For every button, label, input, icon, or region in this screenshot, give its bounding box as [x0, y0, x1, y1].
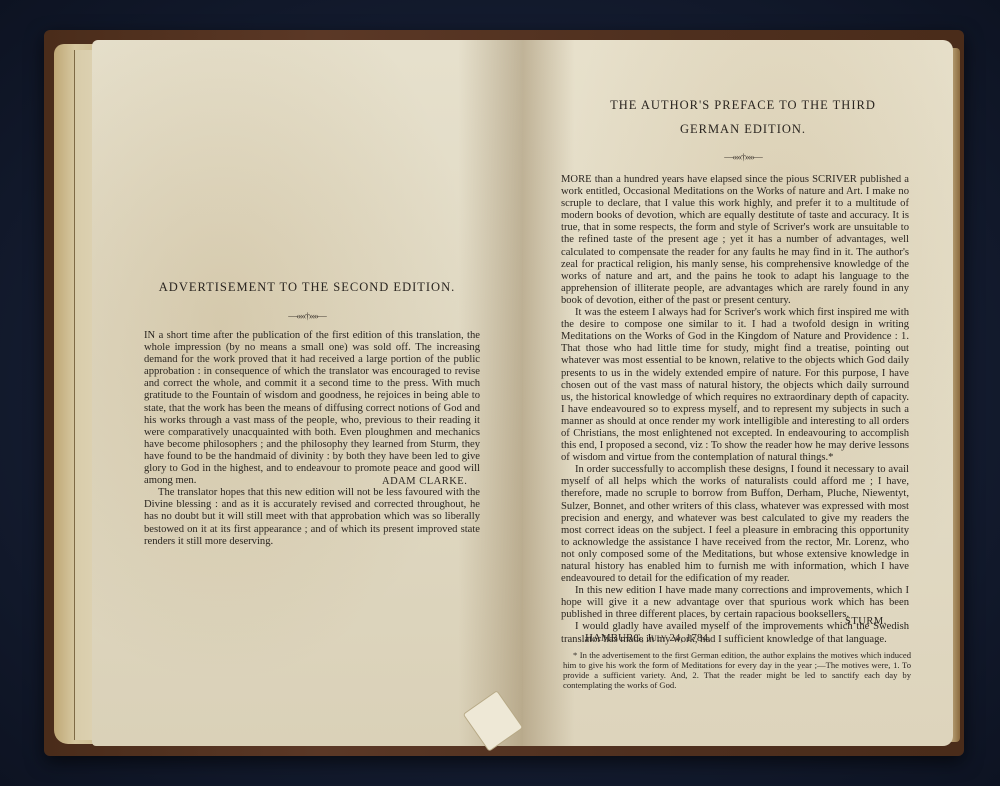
paragraph: In order successfully to accomplish thes…: [561, 464, 909, 585]
left-page-heading: ADVERTISEMENT TO THE SECOND EDITION.: [132, 280, 482, 295]
footnote: * In the advertisement to the first Germ…: [563, 650, 911, 690]
paragraph: MORE than a hundred years have elapsed s…: [561, 174, 909, 307]
ornament-divider: —««‹†›»»—: [232, 311, 382, 321]
left-page: ADVERTISEMENT TO THE SECOND EDITION. —««…: [92, 40, 523, 746]
place-date: HAMBURG, July 24, 1784.: [585, 632, 711, 644]
paragraph: The translator hopes that this new editi…: [144, 487, 480, 547]
footnote-text: * In the advertisement to the first Germ…: [563, 650, 911, 690]
paragraph: IN a short time after the publication of…: [144, 330, 480, 487]
signature: ADAM CLARKE.: [382, 476, 467, 487]
right-page-heading-line2: GERMAN EDITION.: [543, 122, 943, 137]
left-page-body: IN a short time after the publication of…: [144, 330, 480, 548]
right-page-heading-line1: THE AUTHOR'S PREFACE TO THE THIRD: [543, 98, 943, 113]
right-page: THE AUTHOR'S PREFACE TO THE THIRD GERMAN…: [523, 40, 953, 746]
ornament-divider: —««‹†›»»—: [668, 152, 818, 162]
signature: STURM.: [845, 616, 887, 627]
paragraph: It was the esteem I always had for Scriv…: [561, 307, 909, 464]
right-page-body: MORE than a hundred years have elapsed s…: [561, 174, 909, 646]
